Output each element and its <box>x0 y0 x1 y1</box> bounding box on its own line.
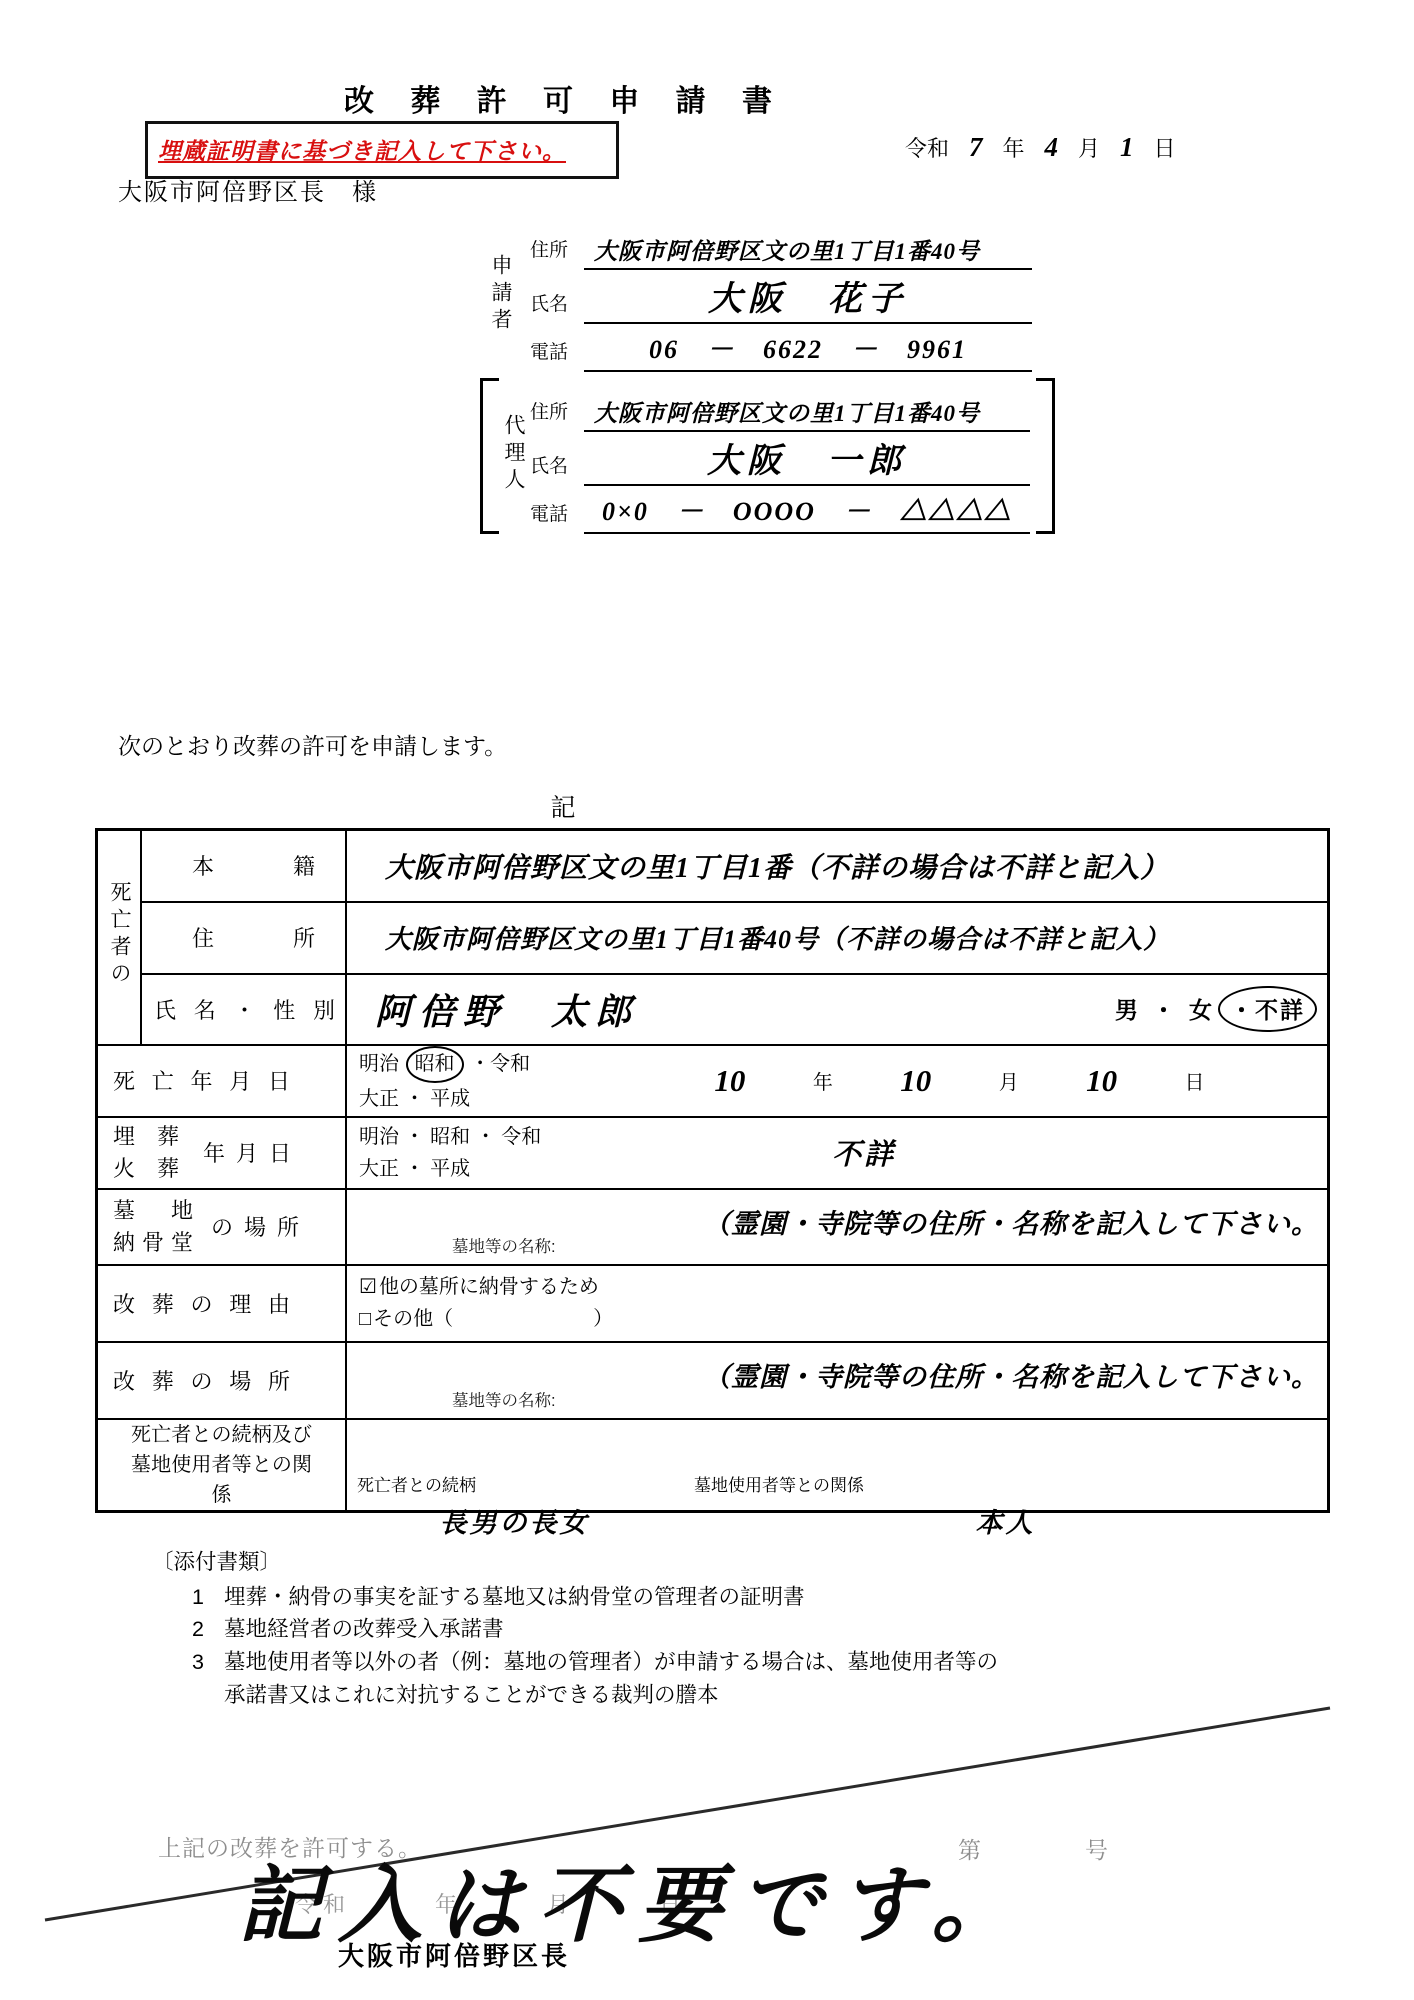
table-row: 墓地 納骨堂 の場所 墓地等の名称: （霊園・寺院等の住所・名称を記入して下さい… <box>97 1189 1329 1265</box>
attachment-item-text: 埋葬・納骨の事実を証する墓地又は納骨堂の管理者の証明書 <box>224 1581 805 1614</box>
domicile-label-cell: 本籍 <box>141 830 346 902</box>
table-row: 死亡者の 本籍 大阪市阿倍野区文の里1丁目1番（不詳の場合は不詳と記入） <box>97 830 1329 902</box>
death-date-values: 10 年 10 月 10 日 <box>647 1063 1327 1099</box>
reason-option-1-label: 他の墓所に納骨するため <box>379 1276 599 1298</box>
death-day-unit: 日 <box>1185 1066 1205 1095</box>
domicile-value: 大阪市阿倍野区文の里1丁目1番（不詳の場合は不詳と記入） <box>347 846 1327 886</box>
attachment-item-text: 墓地使用者等以外の者（例：墓地の管理者）が申請する場合は、墓地使用者等の <box>224 1646 998 1679</box>
death-date-label-cell: 死亡年月日 <box>97 1045 347 1117</box>
attachment-item: 2 墓地経営者の改葬受入承諾書 <box>152 1613 998 1646</box>
agent-name-value: 大阪 一郎 <box>584 433 1030 486</box>
section-mark: 記 <box>0 788 1130 824</box>
era-reiwa: ・令和 <box>470 1053 530 1075</box>
attachment-item-text: 墓地経営者の改葬受入承諾書 <box>224 1613 504 1646</box>
addressee: 大阪市阿倍野区長 様 <box>118 172 378 207</box>
agent-address-value: 大阪市阿倍野区文の里1丁目1番40号 <box>584 385 1030 432</box>
note-text: 埋蔵証明書に基づき記入して下さい。 <box>148 124 616 166</box>
attachment-item-number: 1 <box>192 1581 224 1614</box>
applicant-name-label: 氏名 <box>530 289 584 324</box>
attachments-heading: 〔添付書類〕 <box>152 1546 998 1579</box>
agent-block: 代理人 住所 大阪市阿倍野区文の里1丁目1番40号 氏名 大阪 一郎 電話 0×… <box>480 378 1055 534</box>
sex-male: 男 <box>1115 997 1140 1023</box>
date-day-value: 1 <box>1120 132 1134 163</box>
page-title: 改 葬 許 可 申 請 書 <box>0 76 1130 120</box>
attachment-item-number: 3 <box>192 1646 224 1679</box>
table-row: 死亡年月日 明治 昭和 ・令和 大正 ・ 平成 10 年 10 月 <box>97 1045 1329 1117</box>
agent-name-label: 氏名 <box>530 451 584 486</box>
applicant-address-value: 大阪市阿倍野区文の里1丁目1番40号 <box>584 223 1032 270</box>
burial-date-label-cell: 埋葬 火葬 年月日 <box>97 1117 347 1189</box>
death-month-unit: 月 <box>999 1066 1019 1095</box>
attachment-item: 3 墓地使用者等以外の者（例：墓地の管理者）が申請する場合は、墓地使用者等の <box>152 1646 998 1679</box>
relation-label: 死亡者との続柄及び墓地使用者等との関係 <box>131 1420 312 1510</box>
application-date: 令和 7 年 4 月 1 日 <box>905 132 1176 163</box>
burial-era-line2: 大正 ・ 平成 <box>359 1158 470 1180</box>
attachment-item: 1 埋葬・納骨の事実を証する墓地又は納骨堂の管理者の証明書 <box>152 1581 998 1614</box>
new-place-overlay: （霊園・寺院等の住所・名称を記入して下さい。 <box>703 1355 1319 1394</box>
burial-era-options: 明治 ・ 昭和 ・ 令和 大正 ・ 平成 <box>359 1121 647 1185</box>
sex-options: 男・女・不詳 <box>1115 986 1317 1032</box>
domicile-value-cell: 大阪市阿倍野区文の里1丁目1番（不詳の場合は不詳と記入） <box>346 830 1329 902</box>
application-table: 死亡者の 本籍 大阪市阿倍野区文の里1丁目1番（不詳の場合は不詳と記入） 住所 … <box>95 828 1330 1513</box>
checkbox-checked-icon: ☑ <box>359 1276 377 1298</box>
era-line2: 大正 ・ 平成 <box>359 1088 470 1110</box>
attachment-item-number: 2 <box>192 1613 224 1646</box>
burial-label-suffix: 年月日 <box>203 1137 291 1168</box>
era-showa-circled: 昭和 <box>406 1046 464 1083</box>
applicant-name-value: 大阪 花子 <box>584 271 1032 324</box>
deceased-group-cell: 死亡者の <box>97 830 142 1045</box>
reason-label-cell: 改葬の理由 <box>97 1265 347 1342</box>
attachments-section: 〔添付書類〕 1 埋葬・納骨の事実を証する墓地又は納骨堂の管理者の証明書 2 墓… <box>152 1546 998 1711</box>
grave-label-suffix: の場所 <box>211 1211 299 1242</box>
sex-unknown-circled: ・不詳 <box>1218 986 1317 1032</box>
relation-label-cell: 死亡者との続柄及び墓地使用者等との関係 <box>97 1419 347 1512</box>
relation-value-cell: 死亡者との続柄 長男の長女 墓地使用者等との関係 本人 <box>346 1419 1329 1512</box>
reburial-permit-application-page: 改 葬 許 可 申 請 書 埋蔵証明書に基づき記入して下さい。 令和 7 年 4… <box>0 0 1414 2000</box>
permit-section: 上記の改葬を許可する。 第 号 令和 年 月 日 記入は不要です。 大阪市阿倍野… <box>0 1690 1414 1995</box>
table-row: 住所 大阪市阿倍野区文の里1丁目1番40号（不詳の場合は不詳と記入） <box>97 902 1329 974</box>
agent-name-row: 氏名 大阪 一郎 <box>530 432 1030 486</box>
reason-label: 改葬の理由 <box>98 1288 345 1319</box>
agent-phone-value: 0×0 － OOOO － △△△△ <box>584 491 1030 534</box>
reason-value-cell: ☑他の墓所に納骨するため □その他（ ） <box>346 1265 1329 1342</box>
declaration-line: 次のとおり改葬の許可を申請します。 <box>118 728 507 761</box>
death-year-unit: 年 <box>813 1066 833 1095</box>
name-sex-label: 氏名・性別 <box>142 994 345 1025</box>
date-era: 令和 <box>905 132 949 163</box>
agent-address-row: 住所 大阪市阿倍野区文の里1丁目1番40号 <box>530 384 1030 432</box>
grave-place-overlay: （霊園・寺院等の住所・名称を記入して下さい。 <box>703 1202 1319 1241</box>
relation-to-grave-user-label: 墓地使用者等との関係 <box>694 1471 864 1496</box>
deceased-address-label-cell: 住所 <box>141 902 346 974</box>
agent-address-label: 住所 <box>530 397 584 432</box>
date-month-unit: 月 <box>1078 132 1100 163</box>
ward-mayor-signature-label: 大阪市阿倍野区長 <box>338 1936 570 1973</box>
burial-era-line1: 明治 ・ 昭和 ・ 令和 <box>359 1126 541 1148</box>
applicant-phone-value: 06 － 6622 － 9961 <box>584 329 1032 372</box>
relation-to-deceased-label: 死亡者との続柄 <box>357 1471 476 1496</box>
name-sex-value-cell: 阿倍野 太郎 男・女・不詳 <box>346 974 1329 1045</box>
agent-side-label: 代理人 <box>498 414 528 495</box>
grave-label-line2: 納骨堂 <box>113 1227 193 1259</box>
deceased-address-label: 住所 <box>142 922 345 953</box>
relation-to-deceased-value: 長男の長女 <box>347 1501 682 1540</box>
applicant-block: 申請者 住所 大阪市阿倍野区文の里1丁目1番40号 氏名 大阪 花子 電話 06… <box>480 222 1032 372</box>
applicant-side-label: 申請者 <box>485 254 515 335</box>
agent-bracket-left <box>480 378 499 534</box>
burial-date-value-cell: 明治 ・ 昭和 ・ 令和 大正 ・ 平成 不詳 <box>346 1117 1329 1189</box>
note-box: 埋蔵証明書に基づき記入して下さい。 <box>145 121 619 179</box>
date-day-unit: 日 <box>1154 132 1176 163</box>
applicant-address-row: 住所 大阪市阿倍野区文の里1丁目1番40号 <box>530 222 1032 270</box>
reason-option-2: □その他（ ） <box>359 1303 1327 1335</box>
deceased-name-value: 阿倍野 太郎 <box>347 984 1115 1035</box>
new-place-label-cell: 改葬の場所 <box>97 1342 347 1419</box>
agent-phone-label: 電話 <box>530 499 584 534</box>
death-year-value: 10 <box>714 1063 745 1099</box>
reason-option-1: ☑他の墓所に納骨するため <box>359 1271 1327 1303</box>
table-row: 死亡者との続柄及び墓地使用者等との関係 死亡者との続柄 長男の長女 墓地使用者等… <box>97 1419 1329 1512</box>
table-row: 埋葬 火葬 年月日 明治 ・ 昭和 ・ 令和 大正 ・ 平成 不詳 <box>97 1117 1329 1189</box>
deceased-address-value-cell: 大阪市阿倍野区文の里1丁目1番40号（不詳の場合は不詳と記入） <box>346 902 1329 974</box>
new-place-value-cell: 墓地等の名称: （霊園・寺院等の住所・名称を記入して下さい。 <box>346 1342 1329 1419</box>
reason-option-2-label: その他（ ） <box>373 1308 613 1330</box>
domicile-label: 本籍 <box>142 850 345 881</box>
table-row: 氏名・性別 阿倍野 太郎 男・女・不詳 <box>97 974 1329 1045</box>
date-year-unit: 年 <box>1003 132 1025 163</box>
table-row: 改葬の理由 ☑他の墓所に納骨するため □その他（ ） <box>97 1265 1329 1342</box>
grave-label-line1: 墓地 <box>113 1195 193 1227</box>
death-date-label: 死亡年月日 <box>98 1065 345 1096</box>
death-day-value: 10 <box>1086 1063 1117 1099</box>
death-month-value: 10 <box>900 1063 931 1099</box>
applicant-name-row: 氏名 大阪 花子 <box>530 270 1032 324</box>
table-row: 改葬の場所 墓地等の名称: （霊園・寺院等の住所・名称を記入して下さい。 <box>97 1342 1329 1419</box>
date-year-value: 7 <box>969 132 983 163</box>
checkbox-empty-icon: □ <box>359 1308 371 1330</box>
deceased-address-value: 大阪市阿倍野区文の里1丁目1番40号（不詳の場合は不詳と記入） <box>347 919 1327 956</box>
grave-name-label: 墓地等の名称: <box>452 1233 556 1257</box>
agent-phone-row: 電話 0×0 － OOOO － △△△△ <box>530 486 1030 534</box>
date-month-value: 4 <box>1045 132 1059 163</box>
agent-rows: 住所 大阪市阿倍野区文の里1丁目1番40号 氏名 大阪 一郎 電話 0×0 － … <box>480 378 1055 534</box>
deceased-side-label: 死亡者の <box>104 881 134 989</box>
new-place-label: 改葬の場所 <box>98 1365 345 1396</box>
applicant-phone-row: 電話 06 － 6622 － 9961 <box>530 324 1032 372</box>
death-date-value-cell: 明治 昭和 ・令和 大正 ・ 平成 10 年 10 月 10 日 <box>346 1045 1329 1117</box>
sex-female: 女 <box>1189 997 1214 1023</box>
agent-bracket-right <box>1036 378 1055 534</box>
sex-separator: ・ <box>1152 997 1177 1023</box>
burial-date-value: 不詳 <box>647 1132 1327 1173</box>
name-sex-label-cell: 氏名・性別 <box>141 974 346 1045</box>
death-date-era-options: 明治 昭和 ・令和 大正 ・ 平成 <box>359 1046 647 1115</box>
new-place-name-label: 墓地等の名称: <box>452 1387 556 1411</box>
grave-place-label-cell: 墓地 納骨堂 の場所 <box>97 1189 347 1265</box>
relation-to-grave-user-value: 本人 <box>684 1501 1327 1540</box>
era-meiji: 明治 <box>359 1053 399 1075</box>
grave-place-value-cell: 墓地等の名称: （霊園・寺院等の住所・名称を記入して下さい。 <box>346 1189 1329 1265</box>
burial-label-line1: 埋葬 <box>113 1121 179 1153</box>
applicant-address-label: 住所 <box>530 235 584 270</box>
burial-label-line2: 火葬 <box>113 1153 179 1185</box>
applicant-phone-label: 電話 <box>530 337 584 372</box>
